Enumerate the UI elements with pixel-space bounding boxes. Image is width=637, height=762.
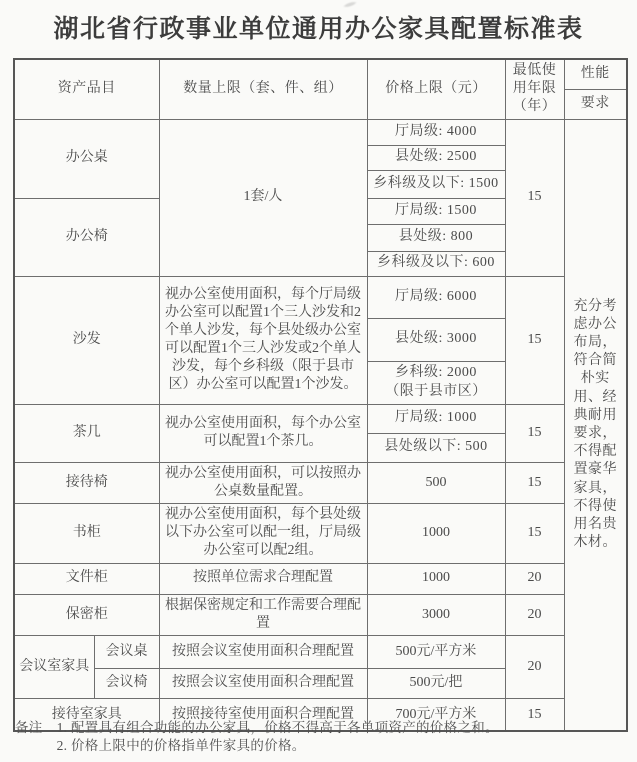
cell-price-bookcase: 1000 [367,503,505,563]
cell-qty-file-cabinet: 按照单位需求合理配置 [159,563,367,594]
cell-item-file-cabinet: 文件柜 [14,563,159,594]
cell-price-chair-1: 厅局级: 1500 [367,198,505,224]
cell-item-chair: 办公椅 [14,198,159,276]
footnote-line-2: 2. 价格上限中的价格指单件家具的价格。 [57,737,615,755]
cell-price-reception-chair: 500 [367,462,505,503]
cell-item-security-cabinet: 保密柜 [14,594,159,635]
header-performance-top: 性能 [564,59,627,89]
footnotes: 备注 1. 配置具有组合功能的办公家具，价格不得高于各单项资产的价格之和。 2.… [15,719,615,755]
cell-years-reception-chair: 15 [505,462,564,503]
cell-years-desk-chair: 15 [505,119,564,276]
cell-item-desk: 办公桌 [14,119,159,198]
cell-price-desk-3: 乡科级及以下: 1500 [367,170,505,198]
cell-years-file-cabinet: 20 [505,563,564,594]
cell-price-sofa-2: 县处级: 3000 [367,318,505,361]
cell-qty-meeting-table: 按照会议室使用面积合理配置 [159,635,367,668]
cell-qty-tea-table: 视办公室使用面积，每个办公室可以配置1个茶几。 [159,404,367,462]
cell-item-meeting-chair: 会议椅 [94,668,159,698]
furniture-standard-table: 资产品目 数量上限（套、件、组） 价格上限（元） 最低使用年限（年） 性能 要求… [13,58,628,732]
cell-price-chair-2: 县处级: 800 [367,224,505,251]
cell-years-meeting-room: 20 [505,635,564,698]
scan-artifact [344,1,356,8]
header-years: 最低使用年限（年） [505,59,564,119]
cell-qty-sofa: 视办公室使用面积，每个厅局级办公室可以配置1个三人沙发和2个单人沙发，每个县处级… [159,276,367,404]
cell-years-security-cabinet: 20 [505,594,564,635]
cell-item-meeting-room: 会议室家具 [14,635,94,698]
cell-item-reception-chair: 接待椅 [14,462,159,503]
cell-price-sofa-3: 乡科级: 2000 （限于县市区） [367,361,505,404]
cell-item-meeting-table: 会议桌 [94,635,159,668]
cell-price-desk-2: 县处级: 2500 [367,145,505,170]
cell-price-sofa-1: 厅局级: 6000 [367,276,505,318]
header-price: 价格上限（元） [367,59,505,119]
cell-price-meeting-chair: 500元/把 [367,668,505,698]
document-title: 湖北省行政事业单位通用办公家具配置标准表 [0,9,637,45]
cell-price-tea-1: 厅局级: 1000 [367,404,505,433]
cell-price-chair-3: 乡科级及以下: 600 [367,251,505,276]
cell-qty-desk-chair: 1套/人 [159,119,367,276]
cell-price-tea-2: 县处级以下: 500 [367,433,505,462]
cell-qty-meeting-chair: 按照会议室使用面积合理配置 [159,668,367,698]
cell-years-bookcase: 15 [505,503,564,563]
header-quantity: 数量上限（套、件、组） [159,59,367,119]
cell-years-tea-table: 15 [505,404,564,462]
cell-years-sofa: 15 [505,276,564,404]
footnotes-lines: 1. 配置具有组合功能的办公家具，价格不得高于各单项资产的价格之和。 2. 价格… [57,719,615,755]
document-page: 湖北省行政事业单位通用办公家具配置标准表 资产品目 数量上限（套、件、组） 价格… [0,0,637,762]
cell-price-security-cabinet: 3000 [367,594,505,635]
cell-performance-note: 充分考虑办公布局，符合简朴实用、经典耐用要求，不得配置豪华家具，不得使用名贵木材… [564,119,627,731]
cell-price-file-cabinet: 1000 [367,563,505,594]
footnotes-label: 备注 [15,719,43,755]
cell-qty-security-cabinet: 根据保密规定和工作需要合理配置 [159,594,367,635]
cell-price-desk-1: 厅局级: 4000 [367,119,505,145]
cell-price-meeting-table: 500元/平方米 [367,635,505,668]
header-item: 资产品目 [14,59,159,119]
footnote-line-1: 1. 配置具有组合功能的办公家具，价格不得高于各单项资产的价格之和。 [57,719,615,737]
cell-item-tea-table: 茶几 [14,404,159,462]
cell-item-sofa: 沙发 [14,276,159,404]
cell-item-bookcase: 书柜 [14,503,159,563]
cell-qty-bookcase: 视办公室使用面积，每个县处级以下办公室可以配一组，厅局级办公室可以配2组。 [159,503,367,563]
cell-qty-reception-chair: 视办公室使用面积，可以按照办公桌数量配置。 [159,462,367,503]
header-performance-bottom: 要求 [564,89,627,119]
